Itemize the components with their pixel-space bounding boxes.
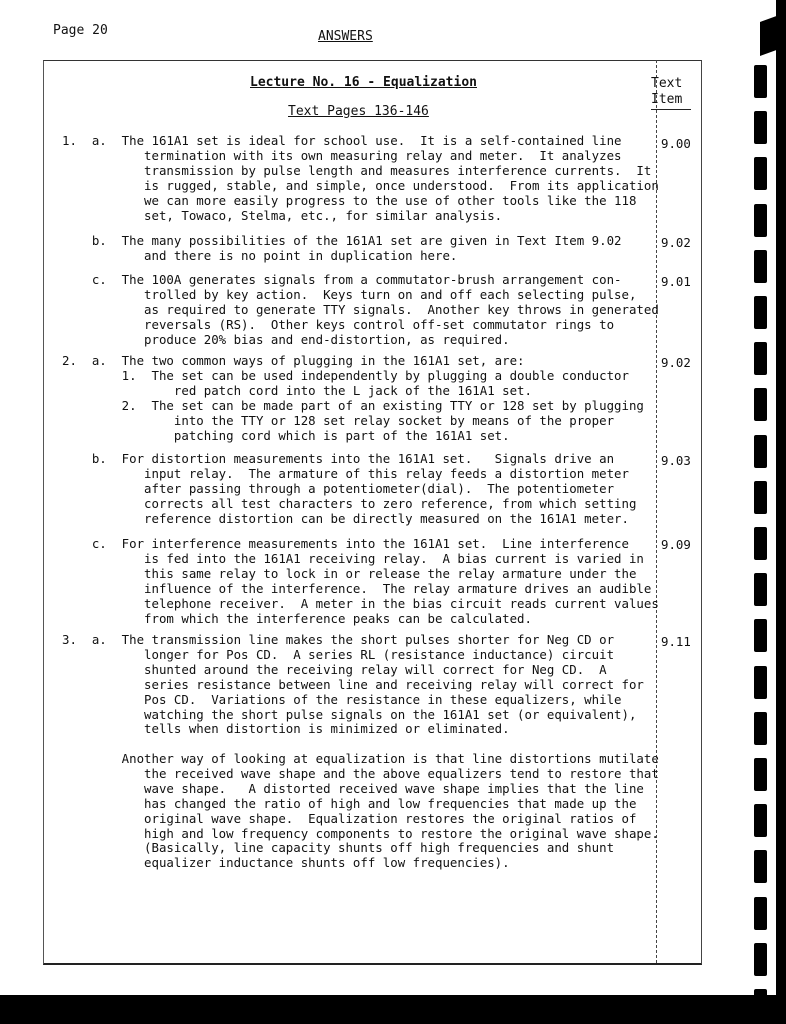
answer-item: b. The many possibilities of the 161A1 s… (62, 234, 622, 264)
binding-hole (754, 897, 767, 930)
page-number: Page 20 (53, 23, 108, 38)
binding-hole (754, 342, 767, 375)
answer-item: b. For distortion measurements into the … (62, 452, 636, 527)
text-item-reference: 9.01 (661, 274, 691, 289)
column-header-underline (651, 109, 691, 110)
page-header: ANSWERS (318, 29, 373, 44)
text-item-column-header: Text Item (651, 76, 682, 108)
answer-item: c. For interference measurements into th… (62, 537, 659, 626)
binding-spine (776, 0, 786, 1000)
answer-item: Another way of looking at equalization i… (62, 752, 659, 871)
answer-item: 2. a. The two common ways of plugging in… (62, 354, 644, 443)
binding-hole (754, 573, 767, 606)
text-item-reference: 9.11 (661, 634, 691, 649)
column-header-line-1: Text (651, 76, 682, 92)
binding-hole (754, 157, 767, 190)
text-item-reference: 9.02 (661, 355, 691, 370)
answer-item: 3. a. The transmission line makes the sh… (62, 633, 644, 737)
binding-hole (754, 850, 767, 883)
text-item-reference: 9.03 (661, 453, 691, 468)
answer-item: 1. a. The 161A1 set is ideal for school … (62, 134, 659, 223)
lecture-title: Lecture No. 16 - Equalization (250, 75, 477, 90)
text-item-reference: 9.02 (661, 235, 691, 250)
text-pages: Text Pages 136-146 (288, 104, 429, 119)
binding-hole (754, 804, 767, 837)
binding-hole (754, 435, 767, 468)
binding-hole (754, 758, 767, 791)
binding-hole (754, 65, 767, 98)
binding-hole (754, 296, 767, 329)
column-header-line-2: Item (651, 92, 682, 108)
text-item-reference: 9.09 (661, 537, 691, 552)
binding-hole (754, 250, 767, 283)
scan-bottom-edge (0, 995, 786, 1024)
binding-hole (754, 666, 767, 699)
binding-hole (754, 712, 767, 745)
binding-hole (754, 527, 767, 560)
binding-hole (754, 943, 767, 976)
binding-hole (754, 111, 767, 144)
binding-hole (754, 204, 767, 237)
binding-hole (754, 481, 767, 514)
text-item-reference: 9.00 (661, 136, 691, 151)
answer-item: c. The 100A generates signals from a com… (62, 273, 659, 348)
binding-hole (754, 619, 767, 652)
binding-hole (754, 388, 767, 421)
